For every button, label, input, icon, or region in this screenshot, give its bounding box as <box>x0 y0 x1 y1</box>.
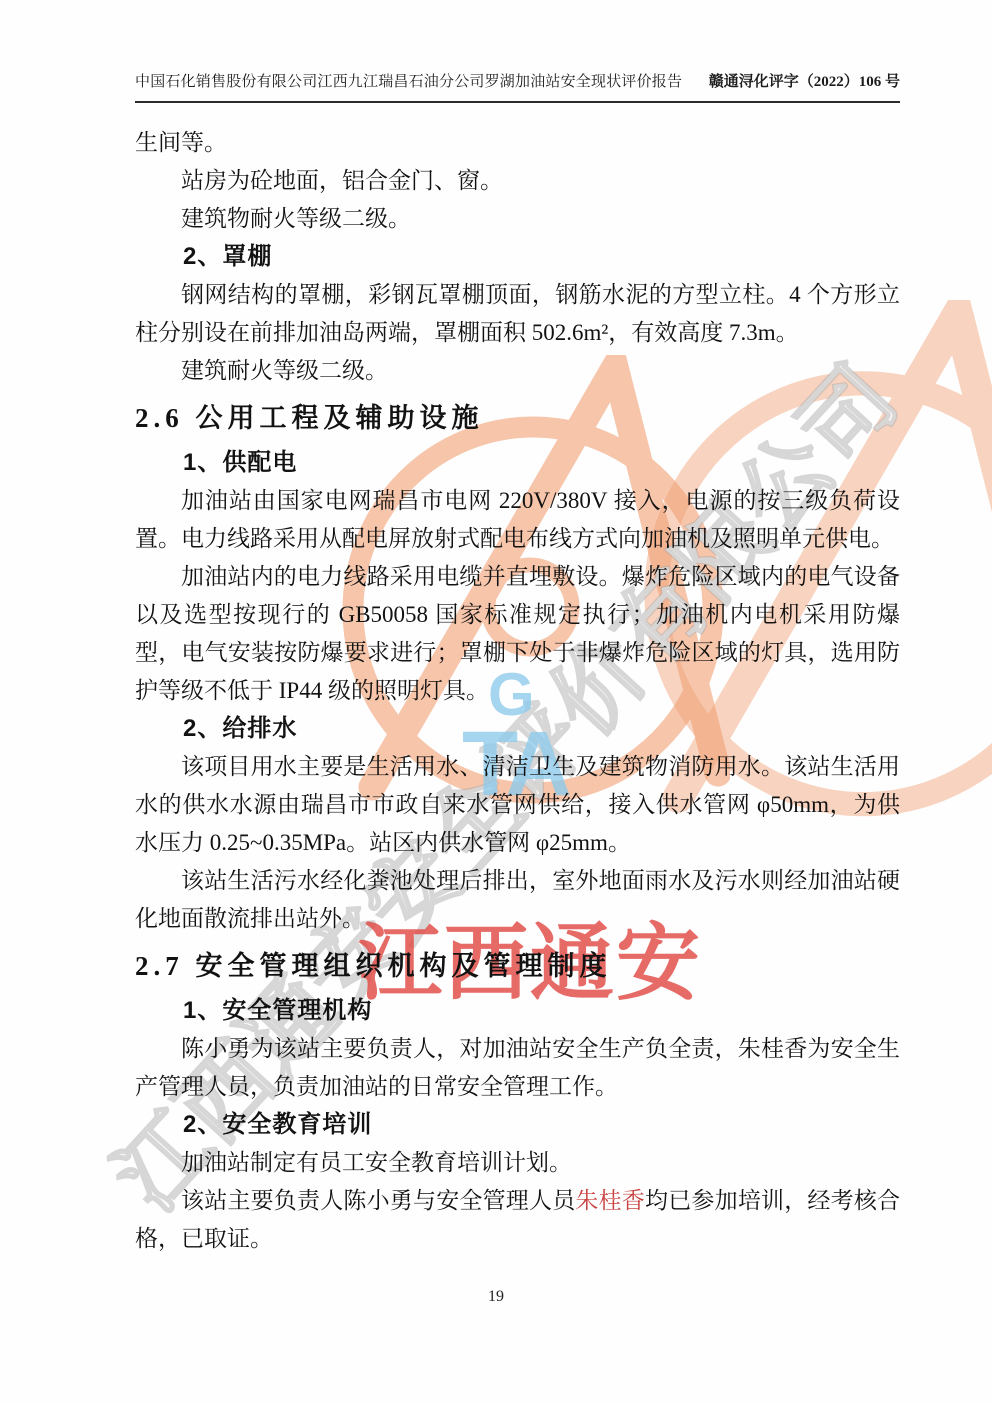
document-page: 江西通安安全评价有限公司 G TA 江西通安 中国石化销售股份有限公司江西九江瑞… <box>0 0 992 1403</box>
paragraph: 加油站内的电力线路采用电缆并直埋敷设。爆炸危险区域内的电气设备以及选型按现行的 … <box>135 558 900 710</box>
section-heading: 2、给排水 <box>135 710 900 748</box>
text-run: 陈小勇为该站主要负责人，对加油站安全生产负全责，朱桂香为安全生产管理人员，负责加… <box>135 1036 900 1099</box>
paragraph: 钢网结构的罩棚，彩钢瓦罩棚顶面，钢筋水泥的方型立柱。4 个方形立柱分别设在前排加… <box>135 276 900 352</box>
section-heading: 2.7 安全管理组织机构及管理制度 <box>135 943 900 989</box>
paragraph: 该站生活污水经化粪池处理后排出，室外地面雨水及污水则经加油站硬化地面散流排出站外… <box>135 862 900 938</box>
text-run: 2.6 公用工程及辅助设施 <box>135 403 484 433</box>
text-run: 加油站由国家电网瑞昌市电网 220V/380V 接入，电源的按三级负荷设置。电力… <box>135 488 900 551</box>
paragraph: 建筑耐火等级二级。 <box>135 352 900 390</box>
text-run: 生间等。 <box>135 130 227 155</box>
paragraph: 加油站制定有员工安全教育培训计划。 <box>135 1144 900 1182</box>
header-report-title: 中国石化销售股份有限公司江西九江瑞昌石油分公司罗湖加油站安全现状评价报告 <box>135 72 682 92</box>
section-heading: 2、罩棚 <box>135 238 900 276</box>
text-run: 2.7 安全管理组织机构及管理制度 <box>135 951 612 981</box>
text-run: 该站生活污水经化粪池处理后排出，室外地面雨水及污水则经加油站硬化地面散流排出站外… <box>135 868 900 931</box>
section-heading: 1、供配电 <box>135 444 900 482</box>
paragraph: 加油站由国家电网瑞昌市电网 220V/380V 接入，电源的按三级负荷设置。电力… <box>135 482 900 558</box>
paragraph: 生间等。 <box>135 124 900 162</box>
section-heading: 2、安全教育培训 <box>135 1106 900 1144</box>
text-run: 2、给排水 <box>183 715 297 742</box>
header-doc-number: 赣通浔化评字（2022）106 号 <box>691 72 900 92</box>
section-heading: 2.6 公用工程及辅助设施 <box>135 395 900 441</box>
page-number: 19 <box>0 1288 992 1306</box>
text-run: 1、安全管理机构 <box>183 997 372 1024</box>
highlighted-name: 朱桂香 <box>575 1188 645 1213</box>
text-run: 该站主要负责人陈小勇与安全管理人员 <box>181 1188 575 1213</box>
paragraph: 该站主要负责人陈小勇与安全管理人员朱桂香均已参加培训，经考核合格，已取证。 <box>135 1182 900 1258</box>
section-heading: 1、安全管理机构 <box>135 992 900 1030</box>
text-run: 站房为砼地面，铝合金门、窗。 <box>181 168 503 193</box>
text-run: 建筑耐火等级二级。 <box>181 358 388 383</box>
document-body: 生间等。站房为砼地面，铝合金门、窗。建筑物耐火等级二级。2、罩棚钢网结构的罩棚，… <box>135 124 900 1258</box>
paragraph: 陈小勇为该站主要负责人，对加油站安全生产负全责，朱桂香为安全生产管理人员，负责加… <box>135 1030 900 1106</box>
paragraph: 站房为砼地面，铝合金门、窗。 <box>135 162 900 200</box>
text-run: 建筑物耐火等级二级。 <box>181 206 411 231</box>
paragraph: 建筑物耐火等级二级。 <box>135 200 900 238</box>
text-run: 2、安全教育培训 <box>183 1111 372 1138</box>
text-run: 该项目用水主要是生活用水、清洁卫生及建筑物消防用水。该站生活用水的供水水源由瑞昌… <box>135 754 900 855</box>
text-run: 加油站内的电力线路采用电缆并直埋敷设。爆炸危险区域内的电气设备以及选型按现行的 … <box>135 564 900 703</box>
text-run: 钢网结构的罩棚，彩钢瓦罩棚顶面，钢筋水泥的方型立柱。4 个方形立柱分别设在前排加… <box>135 282 900 345</box>
paragraph: 该项目用水主要是生活用水、清洁卫生及建筑物消防用水。该站生活用水的供水水源由瑞昌… <box>135 748 900 862</box>
text-run: 1、供配电 <box>183 449 297 476</box>
text-run: 加油站制定有员工安全教育培训计划。 <box>181 1150 572 1175</box>
page-header: 中国石化销售股份有限公司江西九江瑞昌石油分公司罗湖加油站安全现状评价报告 赣通浔… <box>135 72 900 103</box>
text-run: 2、罩棚 <box>183 243 272 270</box>
